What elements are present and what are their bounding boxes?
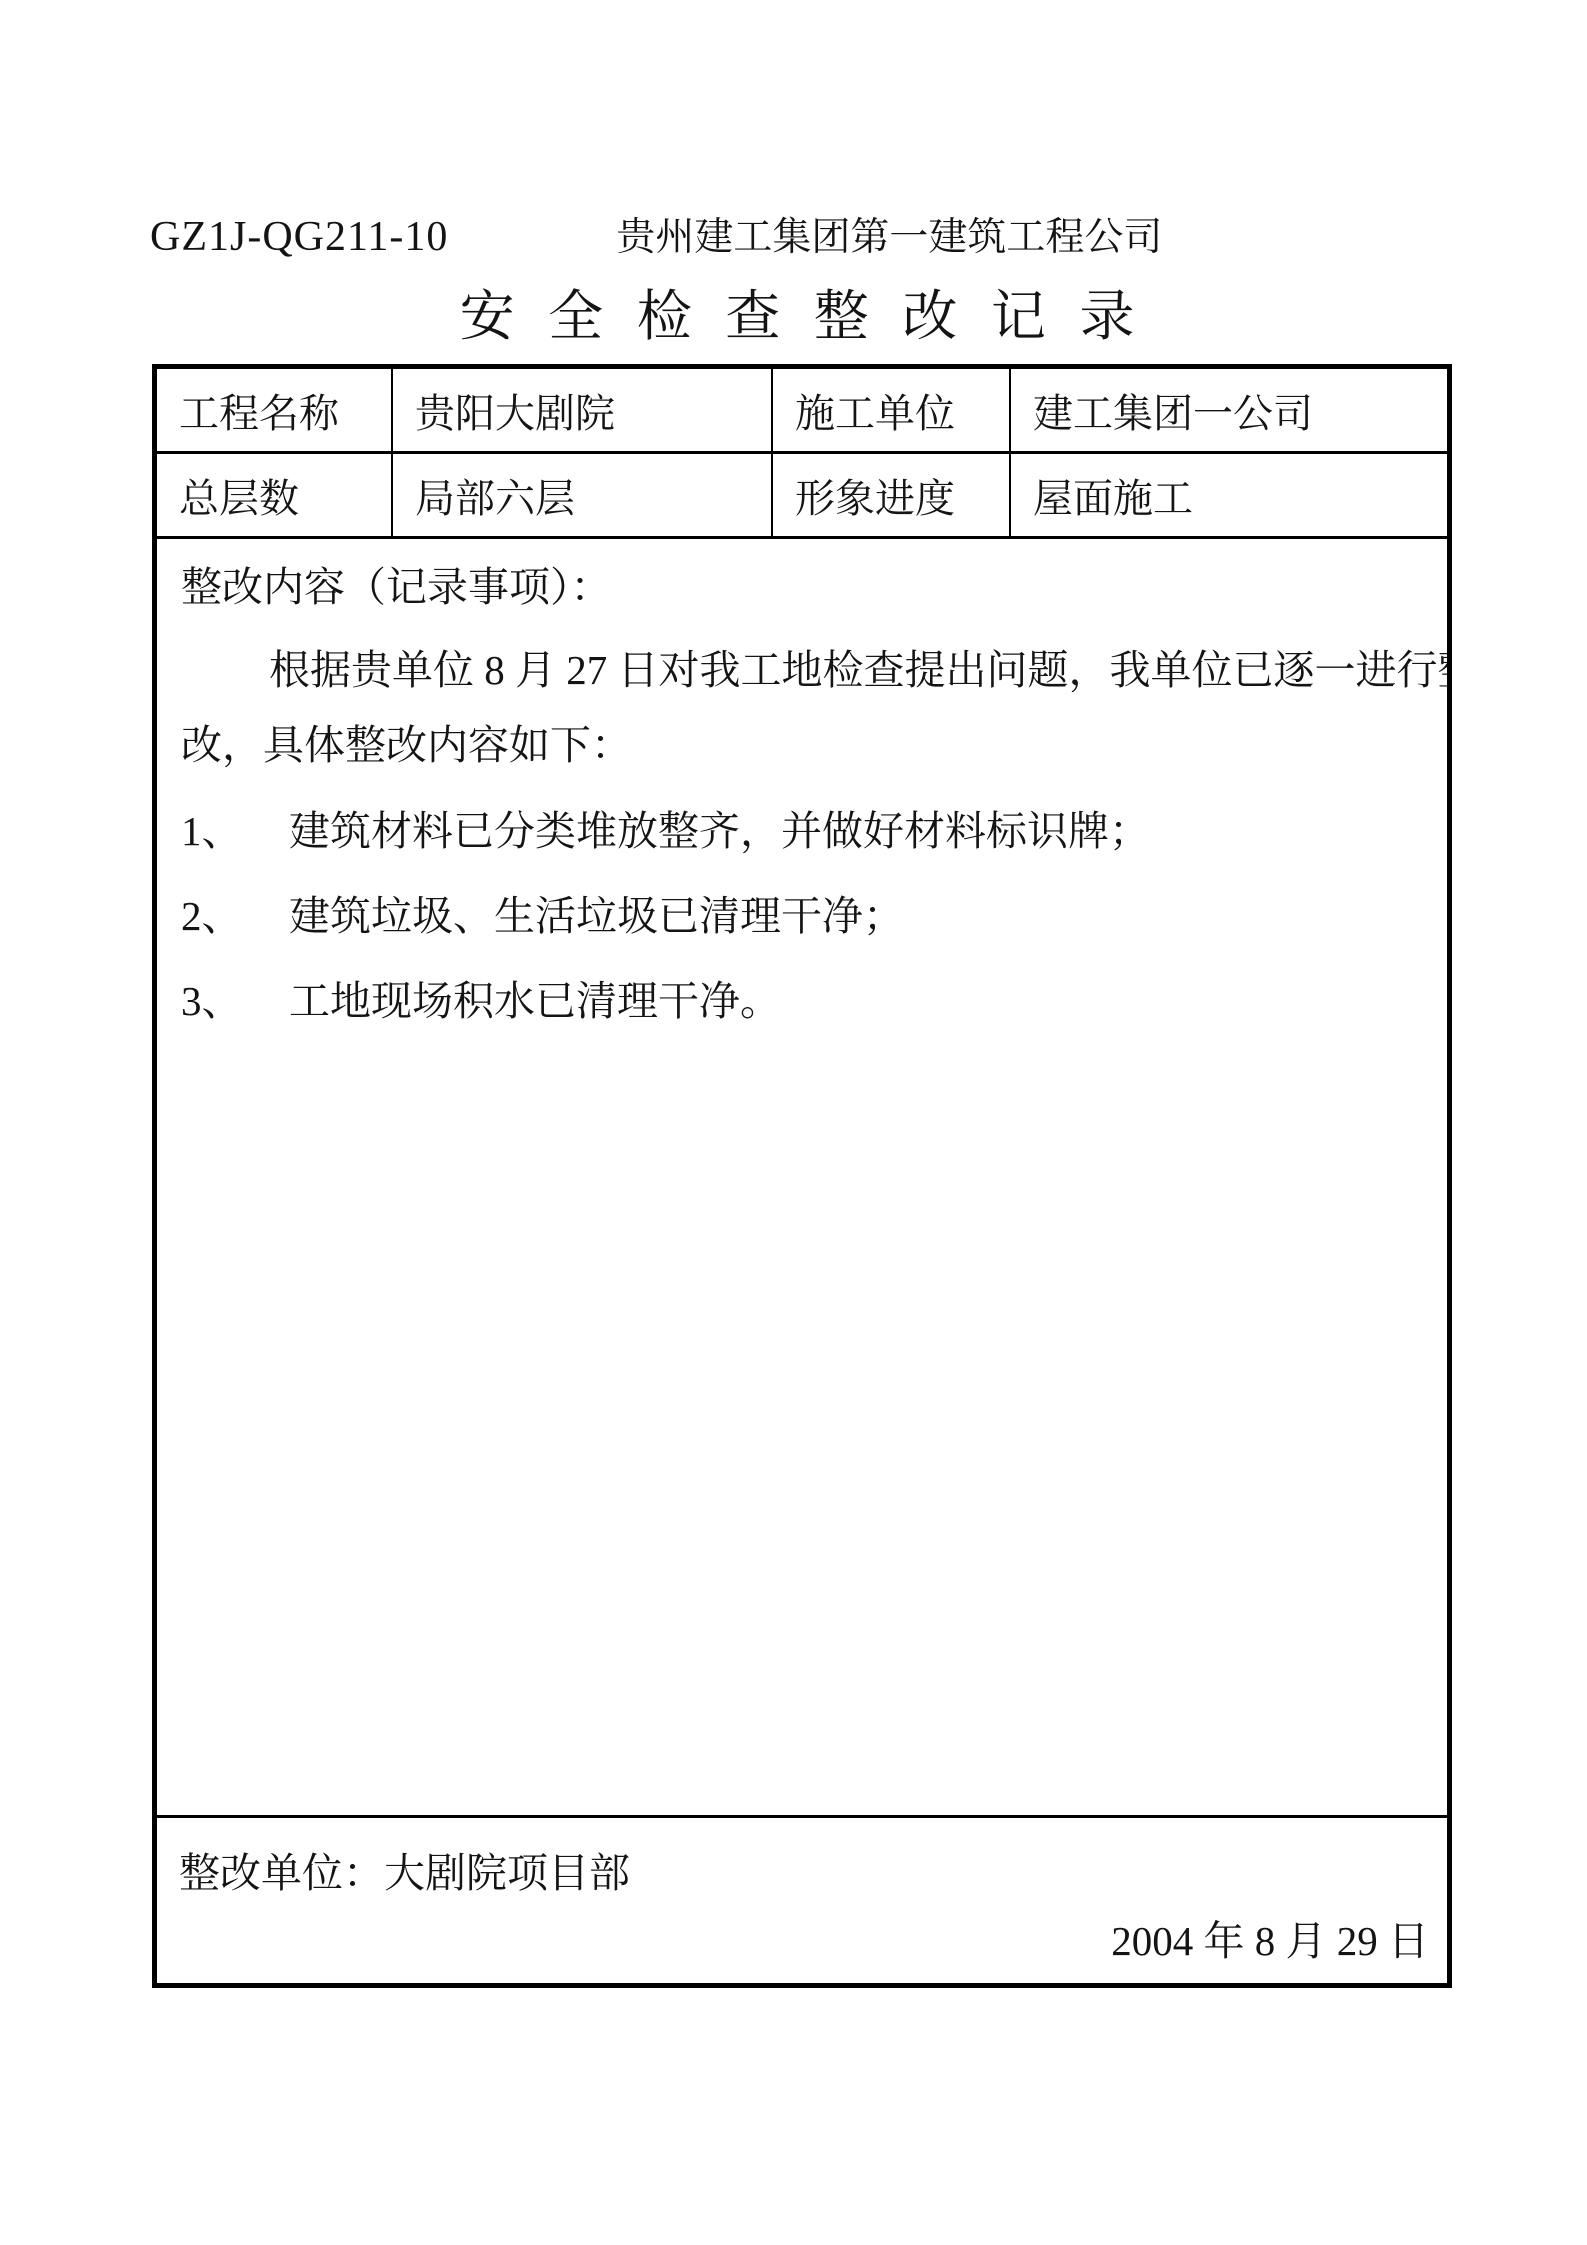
rectification-unit-line: 整改单位：大剧院项目部 — [179, 1840, 1431, 1899]
item-number: 2、 — [181, 892, 289, 941]
rectification-unit-value: 大剧院项目部 — [384, 1850, 630, 1896]
total-floors-label: 总层数 — [157, 454, 393, 536]
construction-unit-value: 建工集团一公司 — [1011, 369, 1447, 451]
progress-label: 形象进度 — [773, 454, 1011, 536]
document-title: 安 全 检 查 整 改 记 录 — [152, 272, 1452, 351]
record-footer-cell: 整改单位：大剧院项目部 2004 年 8 月 29 日 — [157, 1818, 1447, 1983]
record-date: 2004 年 8 月 29 日 — [179, 1908, 1431, 1967]
rectification-item: 3、 工地现场积水已清理干净。 — [181, 977, 1423, 1026]
content-paragraph-line-1: 根据贵单位 8 月 27 日对我工地检查提出问题，我单位已逐一进行整 — [181, 646, 1423, 695]
project-name-value: 贵阳大剧院 — [393, 369, 773, 451]
record-table: 工程名称 贵阳大剧院 施工单位 建工集团一公司 总层数 局部六层 形象进度 屋面… — [152, 364, 1452, 1988]
item-text: 建筑垃圾、生活垃圾已清理干净； — [289, 892, 904, 941]
rectification-item: 1、 建筑材料已分类堆放整齐，并做好材料标识牌； — [181, 807, 1423, 856]
item-text: 建筑材料已分类堆放整齐，并做好材料标识牌； — [289, 807, 1150, 856]
item-text: 工地现场积水已清理干净。 — [289, 977, 781, 1026]
document-page: GZ1J-QG211-10 贵州建工集团第一建筑工程公司 安 全 检 查 整 改… — [0, 0, 1587, 2245]
content-section-label: 整改内容（记录事项）： — [181, 563, 1423, 612]
form-code: GZ1J-QG211-10 — [150, 213, 448, 261]
item-number: 1、 — [181, 807, 289, 856]
rectification-item: 2、 建筑垃圾、生活垃圾已清理干净； — [181, 892, 1423, 941]
table-row-floors: 总层数 局部六层 形象进度 屋面施工 — [157, 454, 1447, 539]
table-row-project: 工程名称 贵阳大剧院 施工单位 建工集团一公司 — [157, 369, 1447, 454]
rectification-unit-label: 整改单位： — [179, 1850, 384, 1896]
progress-value: 屋面施工 — [1011, 454, 1447, 536]
company-name: 贵州建工集团第一建筑工程公司 — [616, 206, 1162, 262]
rectification-content-cell: 整改内容（记录事项）： 根据贵单位 8 月 27 日对我工地检查提出问题，我单位… — [157, 539, 1447, 1818]
total-floors-value: 局部六层 — [393, 454, 773, 536]
content-paragraph-line-2: 改，具体整改内容如下： — [181, 721, 1423, 770]
item-number: 3、 — [181, 977, 289, 1026]
construction-unit-label: 施工单位 — [773, 369, 1011, 451]
project-name-label: 工程名称 — [157, 369, 393, 451]
document-header: GZ1J-QG211-10 贵州建工集团第一建筑工程公司 — [150, 206, 1450, 262]
